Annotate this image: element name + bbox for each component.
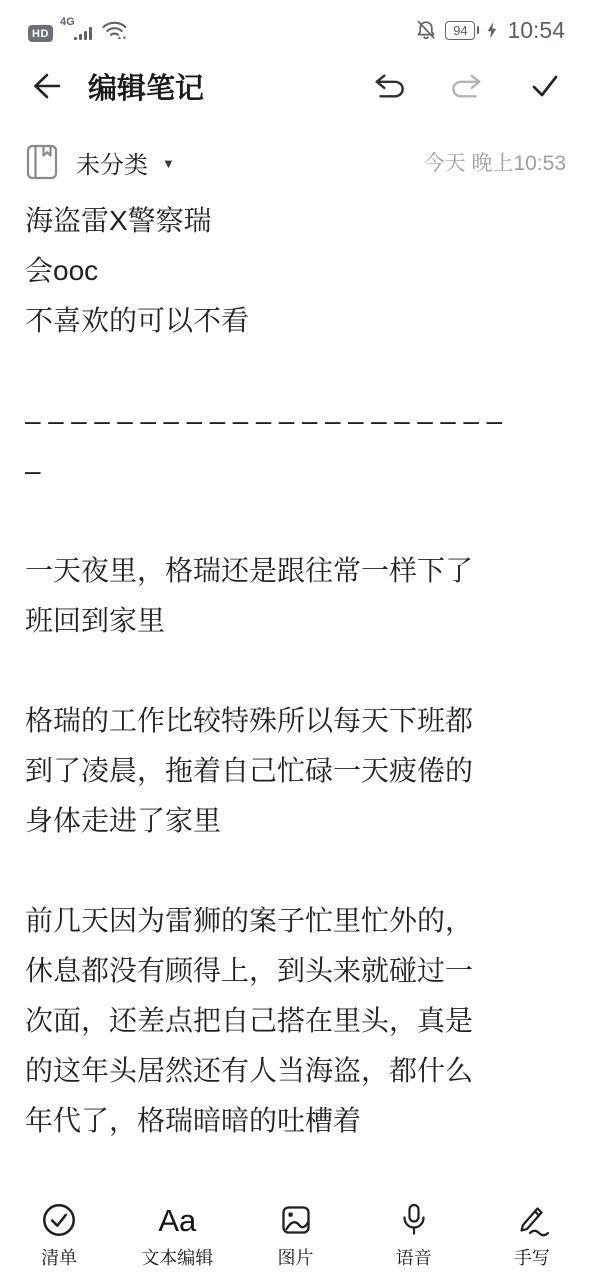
divider-dashes-line1: ––––––––––––––––––––– xyxy=(25,396,490,446)
blank-line xyxy=(25,846,490,896)
editor-toolbar: 清单 Aa 文本编辑 图片 xyxy=(0,1192,591,1280)
handwriting-button[interactable]: 手写 xyxy=(473,1192,591,1280)
charging-bolt-icon xyxy=(487,22,497,39)
tool-label: 清单 xyxy=(41,1244,77,1270)
note-timestamp: 今天 晚上10:53 xyxy=(424,147,566,177)
voice-button[interactable]: 语音 xyxy=(355,1192,473,1280)
tool-label: 图片 xyxy=(278,1244,314,1270)
image-button[interactable]: 图片 xyxy=(236,1192,354,1280)
microphone-icon xyxy=(397,1197,431,1243)
text-edit-button[interactable]: Aa 文本编辑 xyxy=(118,1192,236,1280)
back-button[interactable] xyxy=(30,71,62,101)
note-paragraph: 海盗雷X警察瑞 xyxy=(25,196,490,246)
note-edit-screen: HD 4G xyxy=(0,0,591,1280)
category-label: 未分类 xyxy=(76,145,148,180)
header: 编辑笔记 xyxy=(0,54,591,118)
text-edit-icon: Aa xyxy=(158,1197,196,1243)
note-paragraph: 格瑞的工作比较特殊所以每天下班都到了凌晨，拖着自己忙碌一天疲倦的身体走进了家里 xyxy=(25,696,490,846)
note-paragraph: 一天夜里，格瑞还是跟往常一样下了班回到家里 xyxy=(25,546,490,646)
hd-volte-icon: HD xyxy=(28,25,53,42)
category-selector[interactable]: 未分类 ▼ xyxy=(25,142,175,182)
note-paragraph: 不喜欢的可以不看 xyxy=(25,296,490,346)
chevron-down-icon: ▼ xyxy=(162,156,175,171)
image-icon xyxy=(279,1197,313,1243)
header-actions xyxy=(373,72,561,100)
cellular-signal-icon: 4G xyxy=(60,18,94,42)
blank-line xyxy=(25,346,490,396)
tool-label: 文本编辑 xyxy=(141,1244,213,1270)
battery-icon: 94 xyxy=(445,21,479,40)
save-confirm-button[interactable] xyxy=(529,72,561,100)
checklist-icon xyxy=(42,1197,76,1243)
notebook-icon xyxy=(25,142,59,182)
note-text-area[interactable]: 海盗雷X警察瑞 会ooc 不喜欢的可以不看 ––––––––––––––––––… xyxy=(25,196,490,1146)
note-meta-row: 未分类 ▼ 今天 晚上10:53 xyxy=(25,140,566,184)
redo-button[interactable] xyxy=(451,73,483,100)
tool-label: 手写 xyxy=(514,1244,550,1270)
undo-button[interactable] xyxy=(373,73,405,100)
page-title: 编辑笔记 xyxy=(88,66,204,107)
divider-dashes-line2: – xyxy=(25,446,490,496)
wifi-icon xyxy=(101,19,128,42)
blank-line xyxy=(25,646,490,696)
note-paragraph: 会ooc xyxy=(25,246,490,296)
clock-time: 10:54 xyxy=(507,17,565,44)
tool-label: 语音 xyxy=(396,1244,432,1270)
note-paragraph: 前几天因为雷狮的案子忙里忙外的，休息都没有顾得上，到头来就碰过一次面，还差点把自… xyxy=(25,896,490,1146)
network-type-label: 4G xyxy=(60,16,75,28)
status-right-cluster: 94 10:54 xyxy=(415,17,565,44)
battery-level: 94 xyxy=(445,21,475,40)
notifications-off-icon xyxy=(415,19,437,41)
status-left-cluster: HD 4G xyxy=(28,18,128,42)
status-bar: HD 4G xyxy=(0,0,591,50)
checklist-button[interactable]: 清单 xyxy=(0,1192,118,1280)
blank-line xyxy=(25,496,490,546)
handwriting-icon xyxy=(514,1197,550,1243)
